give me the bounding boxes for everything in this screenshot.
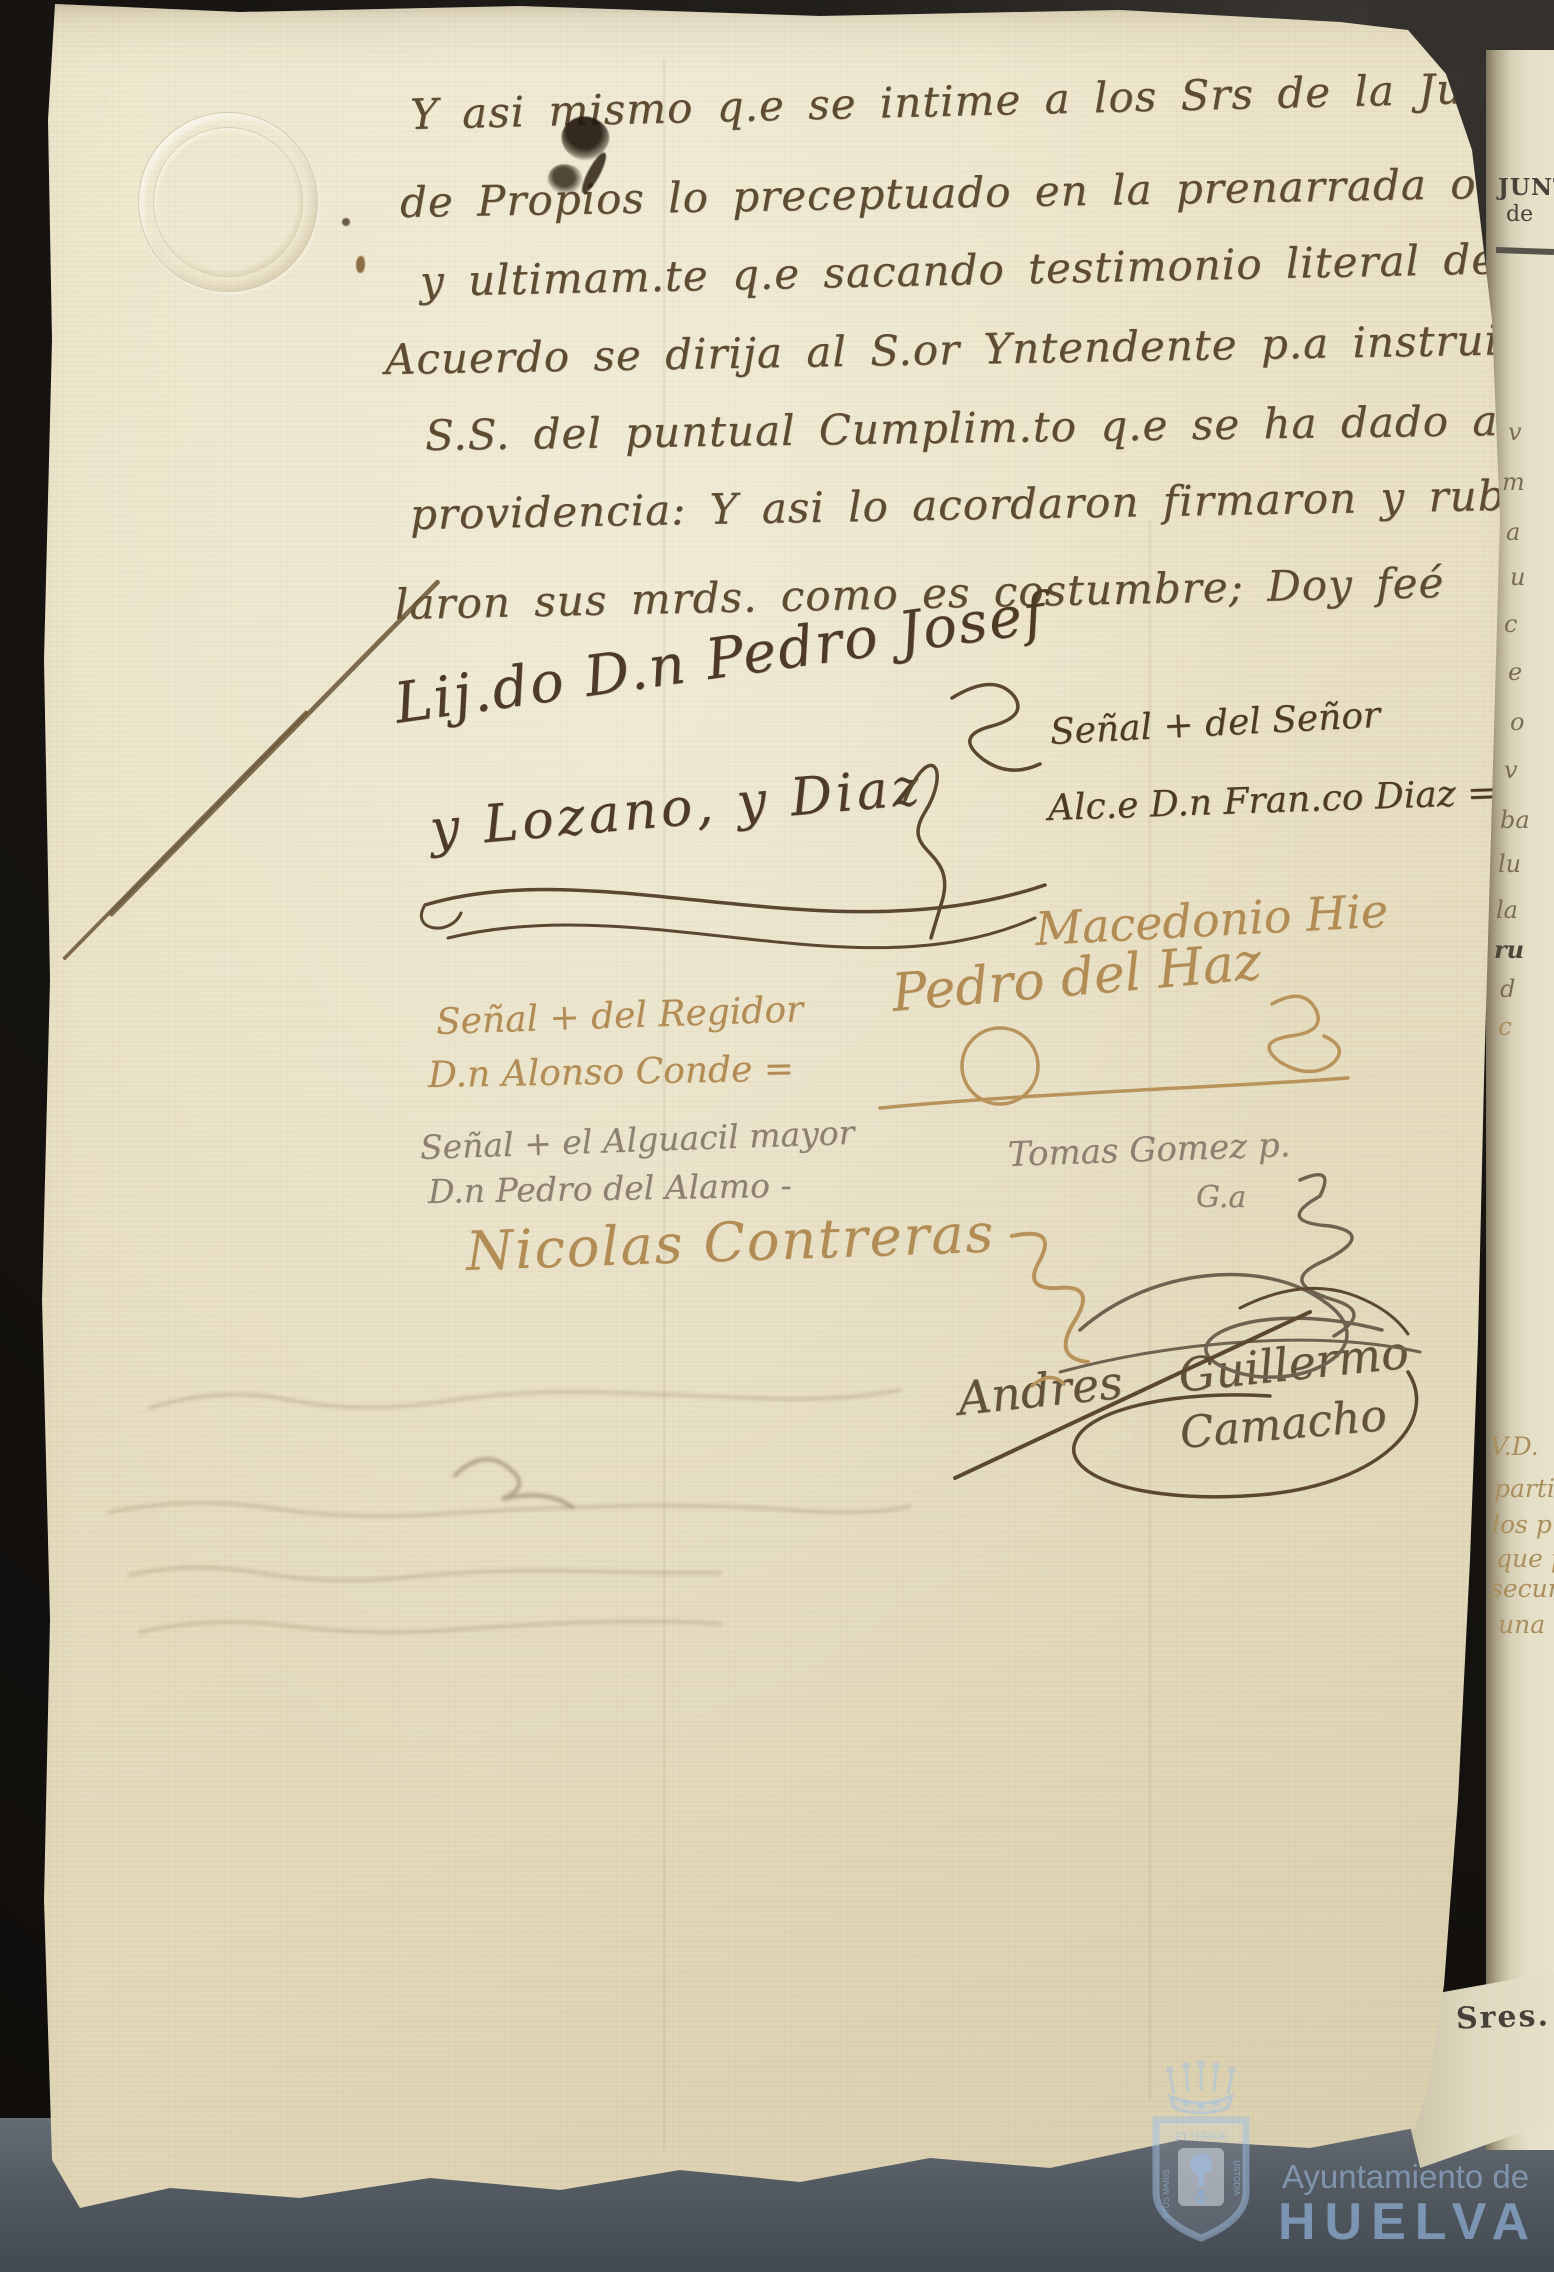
handwriting-fragment: m: [1502, 468, 1525, 496]
handwriting-fragment: d: [1500, 975, 1515, 1003]
handwriting-fragment: V.D.: [1490, 1432, 1539, 1461]
handwriting-fragment: la: [1496, 896, 1518, 924]
manuscript-page: Y asi mismo q.e se intime a los Srs de l…: [0, 0, 1554, 2272]
handwriting-fragment: ba: [1500, 806, 1530, 834]
handwriting-fragment: v: [1508, 418, 1522, 446]
handwriting-fragment: lu: [1498, 850, 1521, 878]
handwriting-fragment: o: [1510, 708, 1524, 736]
handwriting-fragment: parti: [1494, 1474, 1554, 1503]
printed-header-line1: JUNT: [1498, 174, 1554, 201]
huelva-crest-icon: ET TERRÆ RTUS MARIS USTODIA: [1140, 2058, 1262, 2254]
crest-motto-right: USTODIA: [1232, 2160, 1241, 2196]
crest-motto-left: RTUS MARIS: [1162, 2169, 1171, 2218]
printed-header-line2: de: [1506, 202, 1533, 227]
adjacent-page-strip: JUNT de v m a u c e o v ba lu la ru d c …: [1486, 50, 1554, 2150]
handwriting-fragment: u: [1510, 563, 1525, 591]
handwriting-fragment: una p: [1498, 1610, 1554, 1639]
handwriting-fragment: e: [1508, 658, 1522, 686]
printed-footer: Sres.: [1455, 1998, 1550, 2036]
watermark-org-line: Ayuntamiento de: [1282, 2158, 1529, 2196]
printed-rule: [1496, 247, 1554, 255]
watermark-org-name: HUELVA: [1278, 2192, 1538, 2252]
photographed-document-scene: JUNT de v m a u c e o v ba lu la ru d c …: [0, 0, 1554, 2272]
crest-motto-top: ET TERRÆ: [1175, 2132, 1227, 2143]
handwriting-fragment: que p: [1496, 1544, 1554, 1573]
handwriting-fragment: los p: [1492, 1510, 1552, 1539]
handwriting-fragment: c: [1504, 610, 1517, 638]
paper-speck: [356, 256, 365, 273]
handwriting-fragment: secun: [1490, 1574, 1554, 1603]
handwriting-fragment: a: [1506, 518, 1520, 546]
handwriting-fragment: ru: [1494, 935, 1524, 964]
show-through-writing: [0, 0, 1554, 2272]
handwriting-fragment: v: [1504, 756, 1518, 784]
handwriting-fragment: c: [1498, 1012, 1512, 1041]
paper-speck: [342, 218, 350, 226]
